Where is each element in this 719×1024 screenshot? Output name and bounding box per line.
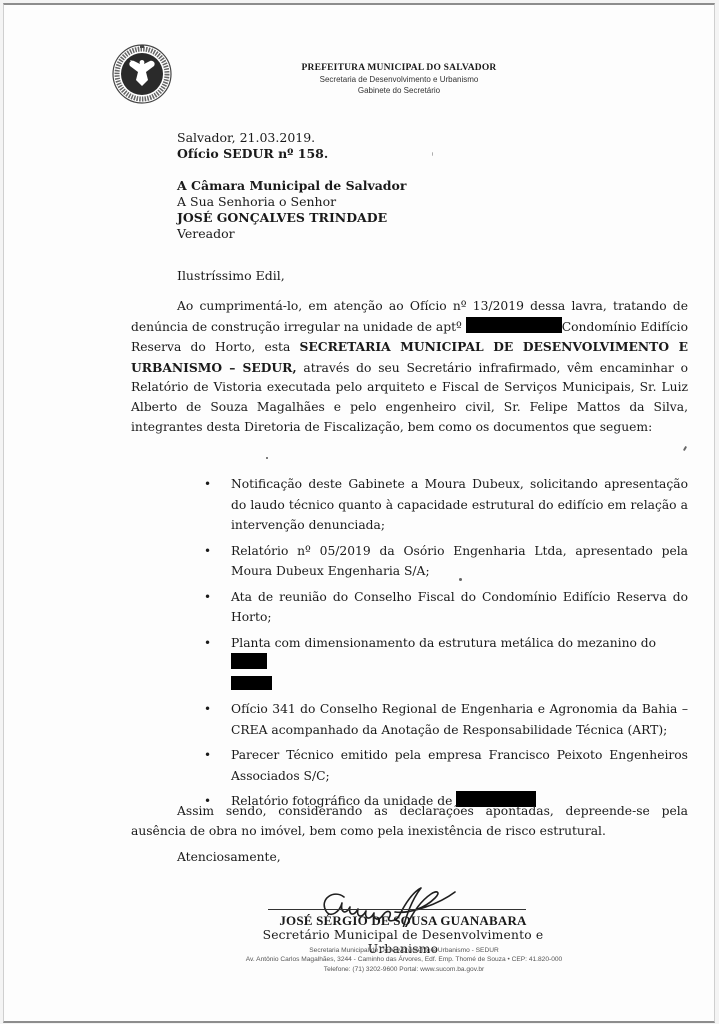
list-item: Parecer Técnico emitido pela empresa Fra…: [204, 745, 688, 786]
body-paragraph-1: Ao cumprimentá-lo, em atenção ao Ofício …: [131, 297, 688, 437]
redaction-block: [231, 653, 267, 669]
recipient-institution: A Câmara Municipal de Salvador: [177, 178, 406, 194]
document-page: PREFEITURA MUNICIPAL DO SALVADOR Secreta…: [3, 3, 715, 1023]
list-item: Notificação deste Gabinete a Moura Dubeu…: [204, 474, 688, 536]
recipient-salutation: A Sua Senhoria o Senhor: [177, 194, 406, 210]
footer: Secretaria Municipal de Desenvolvimento …: [194, 946, 614, 974]
address-block: Salvador, 21.03.2019. Ofício SEDUR nº 15…: [177, 130, 406, 242]
recipient-title: Vereador: [177, 226, 406, 242]
list-item: Relatório nº 05/2019 da Osório Engenhari…: [204, 541, 688, 582]
recipient-name: JOSÉ GONÇALVES TRINDADE: [177, 210, 406, 226]
letterhead-title: PREFEITURA MUNICIPAL DO SALVADOR: [284, 63, 514, 74]
signer-name: JOSÉ SÉRGIO DE SOUSA GUANABARA: [248, 913, 558, 929]
list-item: Ofício 341 do Conselho Regional de Engen…: [204, 699, 688, 740]
letter-reference: Ofício SEDUR nº 158.: [177, 146, 406, 162]
letterhead: PREFEITURA MUNICIPAL DO SALVADOR Secreta…: [284, 63, 514, 96]
list-item: Ata de reunião do Conselho Fiscal do Con…: [204, 587, 688, 628]
footer-line-1: Secretaria Municipal de Desenvolvimento …: [194, 946, 614, 955]
signature-line: [268, 909, 526, 910]
redaction-block: [231, 676, 272, 690]
letterhead-department: Secretaria de Desenvolvimento e Urbanism…: [284, 74, 514, 85]
municipal-seal-icon: [111, 43, 173, 105]
body-paragraph-2: Assim sendo, considerando as declarações…: [131, 802, 688, 841]
attachments-list: Notificação deste Gabinete a Moura Dubeu…: [204, 474, 688, 817]
greeting: Ilustríssimo Edil,: [177, 268, 285, 283]
footer-address: Av. Antônio Carlos Magalhães, 3244 - Cam…: [194, 955, 614, 964]
list-item: Planta com dimensionamento da estrutura …: [204, 633, 688, 695]
redaction-block: [466, 317, 562, 333]
closing: Atenciosamente,: [177, 850, 281, 864]
footer-contact: Telefone: (71) 3202-9600 Portal: www.suc…: [194, 965, 614, 974]
place-date: Salvador, 21.03.2019.: [177, 130, 406, 146]
letterhead-office: Gabinete do Secretário: [284, 85, 514, 96]
